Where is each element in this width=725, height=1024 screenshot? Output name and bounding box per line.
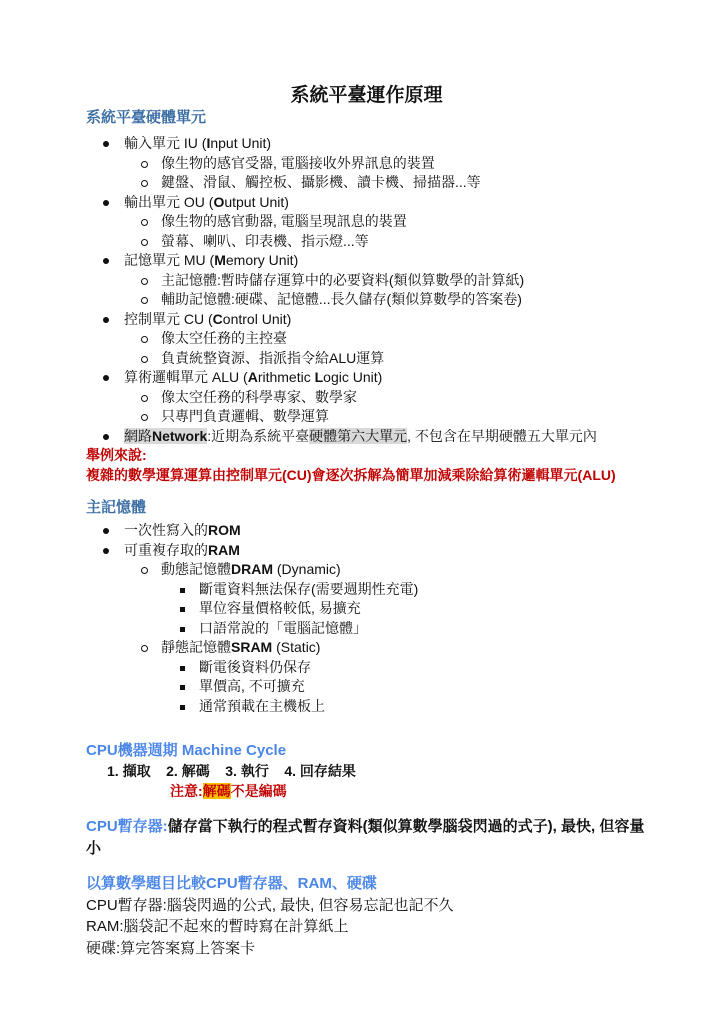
text-line: 主記憶體:暫時儲存運算中的必要資料(類似算數學的計算紙) (161, 272, 524, 288)
bullet-item: 主記憶體:暫時儲存運算中的必要資料(類似算數學的計算紙) (86, 271, 647, 291)
circle-bullet-icon (141, 239, 148, 246)
text-line: 螢幕、喇叭、印表機、指示燈...等 (161, 233, 369, 249)
bullet-item: 通常預載在主機板上 (86, 697, 647, 717)
text-line: 注意:解碼不是編碼 (170, 783, 287, 799)
text-segment: 注意: (170, 783, 203, 799)
bullet-output-unit: 輸出單元 OU (Output Unit) (86, 193, 647, 213)
text-segment: 單位容量價格較低, 易擴充 (199, 600, 361, 616)
machine-cycle-steps: 1. 擷取 2. 解碼 3. 執行 4. 回存結果 (86, 762, 647, 782)
text-segment: 儲存當下執行的程式暫存資料(類似算數學腦袋閃過的式子), 最快, 但容量小 (86, 818, 644, 857)
square-bullet-icon (180, 666, 185, 671)
disc-bullet-icon (103, 528, 109, 534)
text-segment: nput Unit) (210, 135, 271, 151)
text-segment: 輔助記憶體:硬碟、記憶體...長久儲存(類似算數學的答案卷) (161, 291, 522, 307)
document-content: 系統平臺運作原理系統平臺硬體單元輸入單元 IU (Input Unit)像生物的… (86, 84, 647, 959)
bullet-sram: 靜態記憶體SRAM (Static) (86, 638, 647, 658)
disc-bullet-icon (103, 375, 109, 381)
bullet-item: 口語常說的「電腦記憶體」 (86, 619, 647, 639)
text-line: 網路Network:近期為系統平臺硬體第六大單元, 不包含在早期硬體五大單元內 (124, 428, 597, 444)
text-line: 輸入單元 IU (Input Unit) (124, 135, 271, 151)
bullet-item: 鍵盤、滑鼠、觸控板、攝影機、讀卡機、掃描器...等 (86, 173, 647, 193)
text-segment: 解碼 (203, 783, 231, 799)
circle-bullet-icon (141, 161, 148, 168)
text-line: 斷電資料無法保存(需要週期性充電) (199, 581, 418, 597)
disc-bullet-icon (103, 317, 109, 323)
text-line: 複雜的數學運算運算由控制單元(CU)會逐次拆解為簡單加減乘除給算術邏輯單元(AL… (86, 467, 616, 483)
circle-bullet-icon (141, 414, 148, 421)
text-segment: 記憶單元 MU ( (124, 252, 214, 268)
text-segment: 以算數學題目比較CPU暫存器、RAM、硬碟 (86, 875, 377, 892)
text-segment: 算術邏輯單元 ALU ( (124, 369, 248, 385)
bullet-item: 負責統整資源、指派指令給ALU運算 (86, 349, 647, 369)
text-segment: 斷電後資料仍保存 (199, 659, 311, 675)
disc-bullet-icon (103, 434, 109, 440)
text-segment: 像太空任務的科學專家、數學家 (161, 389, 357, 405)
text-segment: RAM (208, 542, 240, 558)
text-segment: Network (152, 428, 207, 444)
disc-bullet-icon (103, 141, 109, 147)
circle-bullet-icon (141, 645, 148, 652)
text-segment: 輸入單元 IU ( (124, 135, 206, 151)
text-segment: CPU機器週期 Machine Cycle (86, 742, 286, 759)
text-line: 口語常說的「電腦記憶體」 (199, 620, 367, 636)
bullet-item: 單位容量價格較低, 易擴充 (86, 599, 647, 619)
bullet-item: 斷電資料無法保存(需要週期性充電) (86, 580, 647, 600)
text-segment: SRAM (231, 639, 272, 655)
text-segment: 通常預載在主機板上 (199, 698, 325, 714)
text-segment: CPU暫存器:腦袋閃過的公式, 最快, 但容易忘記也記不久 (86, 897, 454, 914)
bullet-alu-unit: 算術邏輯單元 ALU (Arithmetic Logic Unit) (86, 368, 647, 388)
text-line: RAM:腦袋記不起來的暫時寫在計算紙上 (86, 918, 349, 935)
decode-warning: 注意:解碼不是編碼 (86, 782, 647, 802)
text-segment: ROM (208, 522, 241, 538)
bullet-item: 像太空任務的科學專家、數學家 (86, 388, 647, 408)
text-line: 通常預載在主機板上 (199, 698, 325, 714)
text-segment: 系統平臺運作原理 (290, 85, 442, 106)
text-segment: 硬碟:算完答案寫上答案卡 (86, 940, 255, 957)
text-segment: 像太空任務的主控臺 (161, 330, 287, 346)
text-segment: L (315, 369, 324, 385)
compare-cpu-register: CPU暫存器:腦袋閃過的公式, 最快, 但容易忘記也記不久 (86, 895, 647, 917)
square-bullet-icon (180, 607, 185, 612)
text-line: 可重複存取的RAM (124, 542, 240, 558)
heading-machine-cycle: CPU機器週期 Machine Cycle (86, 741, 647, 761)
bullet-network-unit: 網路Network:近期為系統平臺硬體第六大單元, 不包含在早期硬體五大單元內 (86, 427, 647, 447)
text-line: CPU暫存器:儲存當下執行的程式暫存資料(類似算數學腦袋閃過的式子), 最快, … (86, 818, 644, 857)
bullet-dram: 動態記憶體DRAM (Dynamic) (86, 560, 647, 580)
text-line: 像生物的感官動器, 電腦呈現訊息的裝置 (161, 213, 407, 229)
circle-bullet-icon (141, 567, 148, 574)
text-line: 靜態記憶體SRAM (Static) (161, 639, 320, 655)
text-line: 單位容量價格較低, 易擴充 (199, 600, 361, 616)
text-line: 輸出單元 OU (Output Unit) (124, 194, 289, 210)
disc-bullet-icon (103, 258, 109, 264)
text-segment: RAM:腦袋記不起來的暫時寫在計算紙上 (86, 918, 349, 935)
text-segment: 主記憶體 (86, 499, 146, 516)
text-segment: A (248, 369, 258, 385)
text-segment: utput Unit) (224, 194, 289, 210)
bullet-ram: 可重複存取的RAM (86, 541, 647, 561)
text-segment: 控制單元 CU ( (124, 311, 213, 327)
text-line: 像太空任務的科學專家、數學家 (161, 389, 357, 405)
bullet-memory-unit: 記憶單元 MU (Memory Unit) (86, 251, 647, 271)
bullet-item: 單價高, 不可擴充 (86, 677, 647, 697)
text-segment: O (213, 194, 224, 210)
square-bullet-icon (180, 705, 185, 710)
text-line: 單價高, 不可擴充 (199, 678, 305, 694)
text-segment: 只專門負責邏輯、數學運算 (161, 408, 329, 424)
bullet-input-unit: 輸入單元 IU (Input Unit) (86, 134, 647, 154)
heading-hardware-units: 系統平臺硬體單元 (86, 108, 647, 128)
text-segment: 像生物的感官受器, 電腦接收外界訊息的裝置 (161, 155, 435, 171)
text-line: 鍵盤、滑鼠、觸控板、攝影機、讀卡機、掃描器...等 (161, 174, 481, 190)
disc-bullet-icon (103, 548, 109, 554)
text-segment: 螢幕、喇叭、印表機、指示燈...等 (161, 233, 369, 249)
text-line: 像生物的感官受器, 電腦接收外界訊息的裝置 (161, 155, 435, 171)
text-line: 主記憶體 (86, 499, 146, 516)
circle-bullet-icon (141, 219, 148, 226)
circle-bullet-icon (141, 336, 148, 343)
bullet-item: 斷電後資料仍保存 (86, 658, 647, 678)
circle-bullet-icon (141, 278, 148, 285)
text-segment: DRAM (231, 561, 273, 577)
text-line: CPU暫存器:腦袋閃過的公式, 最快, 但容易忘記也記不久 (86, 897, 454, 914)
text-segment: 口語常說的「電腦記憶體」 (199, 620, 367, 636)
example-note-lead: 舉例來說: (86, 446, 647, 466)
square-bullet-icon (180, 627, 185, 632)
circle-bullet-icon (141, 297, 148, 304)
text-segment: 網路 (124, 428, 152, 444)
bullet-item: 像太空任務的主控臺 (86, 329, 647, 349)
text-segment: 像生物的感官動器, 電腦呈現訊息的裝置 (161, 213, 407, 229)
text-line: 像太空任務的主控臺 (161, 330, 287, 346)
bullet-rom: 一次性寫入的ROM (86, 521, 647, 541)
bullet-control-unit: 控制單元 CU (Control Unit) (86, 310, 647, 330)
text-segment: 可重複存取的 (124, 542, 208, 558)
text-segment: 不是編碼 (231, 783, 287, 799)
compare-hdd: 硬碟:算完答案寫上答案卡 (86, 938, 647, 960)
square-bullet-icon (180, 685, 185, 690)
text-line: 只專門負責邏輯、數學運算 (161, 408, 329, 424)
text-line: 系統平臺運作原理 (290, 85, 442, 106)
text-segment: 輸出單元 OU ( (124, 194, 213, 210)
text-segment: 靜態記憶體 (161, 639, 231, 655)
text-line: 控制單元 CU (Control Unit) (124, 311, 291, 327)
bullet-item: 只專門負責邏輯、數學運算 (86, 407, 647, 427)
text-line: 系統平臺硬體單元 (86, 109, 206, 126)
text-segment: C (213, 311, 223, 327)
bullet-item: 輔助記憶體:硬碟、記憶體...長久儲存(類似算數學的答案卷) (86, 290, 647, 310)
text-segment: 主記憶體:暫時儲存運算中的必要資料(類似算數學的計算紙) (161, 272, 524, 288)
text-line: 一次性寫入的ROM (124, 522, 241, 538)
text-line: 以算數學題目比較CPU暫存器、RAM、硬碟 (86, 875, 377, 892)
text-segment: 動態記憶體 (161, 561, 231, 577)
text-segment: 複雜的數學運算運算由控制單元(CU)會逐次拆解為簡單加減乘除給算術邏輯單元(AL… (86, 467, 616, 483)
bullet-item: 像生物的感官動器, 電腦呈現訊息的裝置 (86, 212, 647, 232)
text-segment: :近期為系統平臺 (207, 428, 309, 444)
text-segment: , 不包含在早期硬體五大單元內 (407, 428, 597, 444)
bullet-item: 像生物的感官受器, 電腦接收外界訊息的裝置 (86, 154, 647, 174)
text-segment: 1. 擷取 2. 解碼 3. 執行 4. 回存結果 (107, 763, 356, 779)
text-segment: 負責統整資源、指派指令給ALU運算 (161, 350, 384, 366)
example-note-body: 複雜的數學運算運算由控制單元(CU)會逐次拆解為簡單加減乘除給算術邏輯單元(AL… (86, 466, 647, 486)
text-segment: rithmetic (258, 369, 315, 385)
cpu-register-paragraph: CPU暫存器:儲存當下執行的程式暫存資料(類似算數學腦袋閃過的式子), 最快, … (86, 816, 647, 859)
square-bullet-icon (180, 588, 185, 593)
circle-bullet-icon (141, 180, 148, 187)
text-line: 硬碟:算完答案寫上答案卡 (86, 940, 255, 957)
text-segment: 斷電資料無法保存(需要週期性充電) (199, 581, 418, 597)
text-segment: 一次性寫入的 (124, 522, 208, 538)
compare-ram: RAM:腦袋記不起來的暫時寫在計算紙上 (86, 916, 647, 938)
text-line: 算術邏輯單元 ALU (Arithmetic Logic Unit) (124, 369, 382, 385)
text-line: 輔助記憶體:硬碟、記憶體...長久儲存(類似算數學的答案卷) (161, 291, 522, 307)
text-segment: (Dynamic) (273, 561, 341, 577)
text-segment: emory Unit) (226, 252, 298, 268)
text-segment: 鍵盤、滑鼠、觸控板、攝影機、讀卡機、掃描器...等 (161, 174, 481, 190)
text-line: 記憶單元 MU (Memory Unit) (124, 252, 298, 268)
text-segment: ogic Unit) (323, 369, 382, 385)
document-page: 系統平臺運作原理系統平臺硬體單元輸入單元 IU (Input Unit)像生物的… (0, 0, 725, 1024)
text-segment: CPU暫存器: (86, 818, 168, 835)
text-line: 負責統整資源、指派指令給ALU運算 (161, 350, 384, 366)
text-line: 動態記憶體DRAM (Dynamic) (161, 561, 341, 577)
text-line: 斷電後資料仍保存 (199, 659, 311, 675)
text-segment: 舉例來說: (86, 447, 147, 463)
text-line: 1. 擷取 2. 解碼 3. 執行 4. 回存結果 (107, 763, 356, 779)
disc-bullet-icon (103, 200, 109, 206)
text-segment: (Static) (272, 639, 320, 655)
text-segment: 單價高, 不可擴充 (199, 678, 305, 694)
heading-main-memory: 主記憶體 (86, 498, 647, 518)
bullet-item: 螢幕、喇叭、印表機、指示燈...等 (86, 232, 647, 252)
text-segment: ontrol Unit) (223, 311, 291, 327)
text-line: CPU機器週期 Machine Cycle (86, 742, 286, 759)
heading-compare: 以算數學題目比較CPU暫存器、RAM、硬碟 (86, 873, 647, 895)
text-line: 舉例來說: (86, 447, 147, 463)
circle-bullet-icon (141, 356, 148, 363)
text-segment: 硬體第六大單元 (309, 428, 407, 444)
text-segment: 系統平臺硬體單元 (86, 109, 206, 126)
document-title: 系統平臺運作原理 (86, 84, 647, 108)
text-segment: M (214, 252, 226, 268)
circle-bullet-icon (141, 395, 148, 402)
